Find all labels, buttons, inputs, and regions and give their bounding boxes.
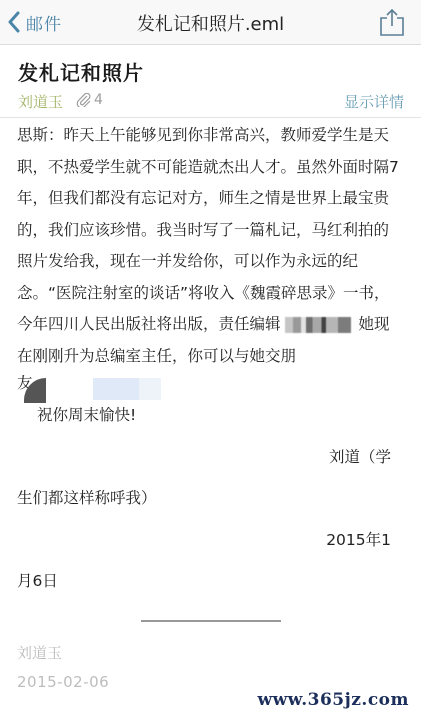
redacted-name [285, 317, 351, 333]
show-details-link[interactable]: 显示详情 [344, 91, 404, 112]
share-icon [379, 7, 405, 37]
body-line: 思斯：昨天上午能够见到你非常高兴，教师爱学生是天 [17, 120, 407, 152]
body-line: 的，我们应该珍惜。我当时写了一篇札记，马红利拍的 [17, 215, 407, 247]
body-line: 年，但我们都没有忘记对方，师生之情是世界上最宝贵 [17, 183, 407, 215]
message-header: 发札记和照片 刘道玉 4 显示详情 [0, 45, 421, 118]
message-subject: 发札记和照片 [18, 57, 144, 86]
body-line: 在刚刚升为总编室主任，你可以与她交朋 [17, 341, 407, 373]
body-line: 月6日 [17, 566, 407, 598]
body-line: 生们都这样称呼我） [17, 483, 407, 515]
page-title: 发札记和照片.eml [0, 10, 421, 36]
signature-divider [141, 620, 281, 622]
sender-name[interactable]: 刘道玉 [18, 91, 63, 112]
paperclip-icon [76, 93, 92, 107]
body-line-signature: 刘道（学 [17, 442, 407, 474]
back-label: 邮件 [26, 10, 62, 35]
body-line: 职，不热爱学生就不可能造就杰出人才。虽然外面时隔7 [17, 152, 407, 184]
attachment-indicator: 4 [76, 92, 103, 108]
body-line: 照片发给我，现在一并发给你，可以作为永远的纪 [17, 246, 407, 278]
overlay-artifact [93, 378, 139, 400]
message-body: 思斯：昨天上午能够见到你非常高兴，教师爱学生是天 职，不热爱学生就不可能造就杰出… [17, 120, 407, 598]
overlay-artifact [139, 378, 161, 400]
body-line-date: 2015年1 [17, 525, 407, 557]
watermark: www.365jz.com [258, 690, 410, 710]
back-button[interactable]: 邮件 [8, 7, 62, 37]
share-button[interactable] [379, 7, 405, 37]
attachment-count: 4 [94, 92, 103, 108]
footer-date: 2015-02-06 [17, 673, 109, 691]
footer-sender: 刘道玉 [17, 642, 62, 663]
body-text-segment: 她现 [359, 315, 390, 333]
navigation-bar: 邮件 发札记和照片.eml [0, 0, 421, 45]
body-line-greeting: 祝你周末愉快! [17, 400, 407, 432]
body-line: 念。“医院注射室的谈话”将收入《魏霞碎思录》一书， [17, 278, 407, 310]
body-line: 友 [17, 372, 407, 394]
body-line: 今年四川人民出版社将出版，责任编辑她现 [17, 309, 407, 341]
body-text-segment: 今年四川人民出版社将出版，责任编辑 [17, 315, 281, 333]
chevron-left-icon [8, 11, 20, 33]
